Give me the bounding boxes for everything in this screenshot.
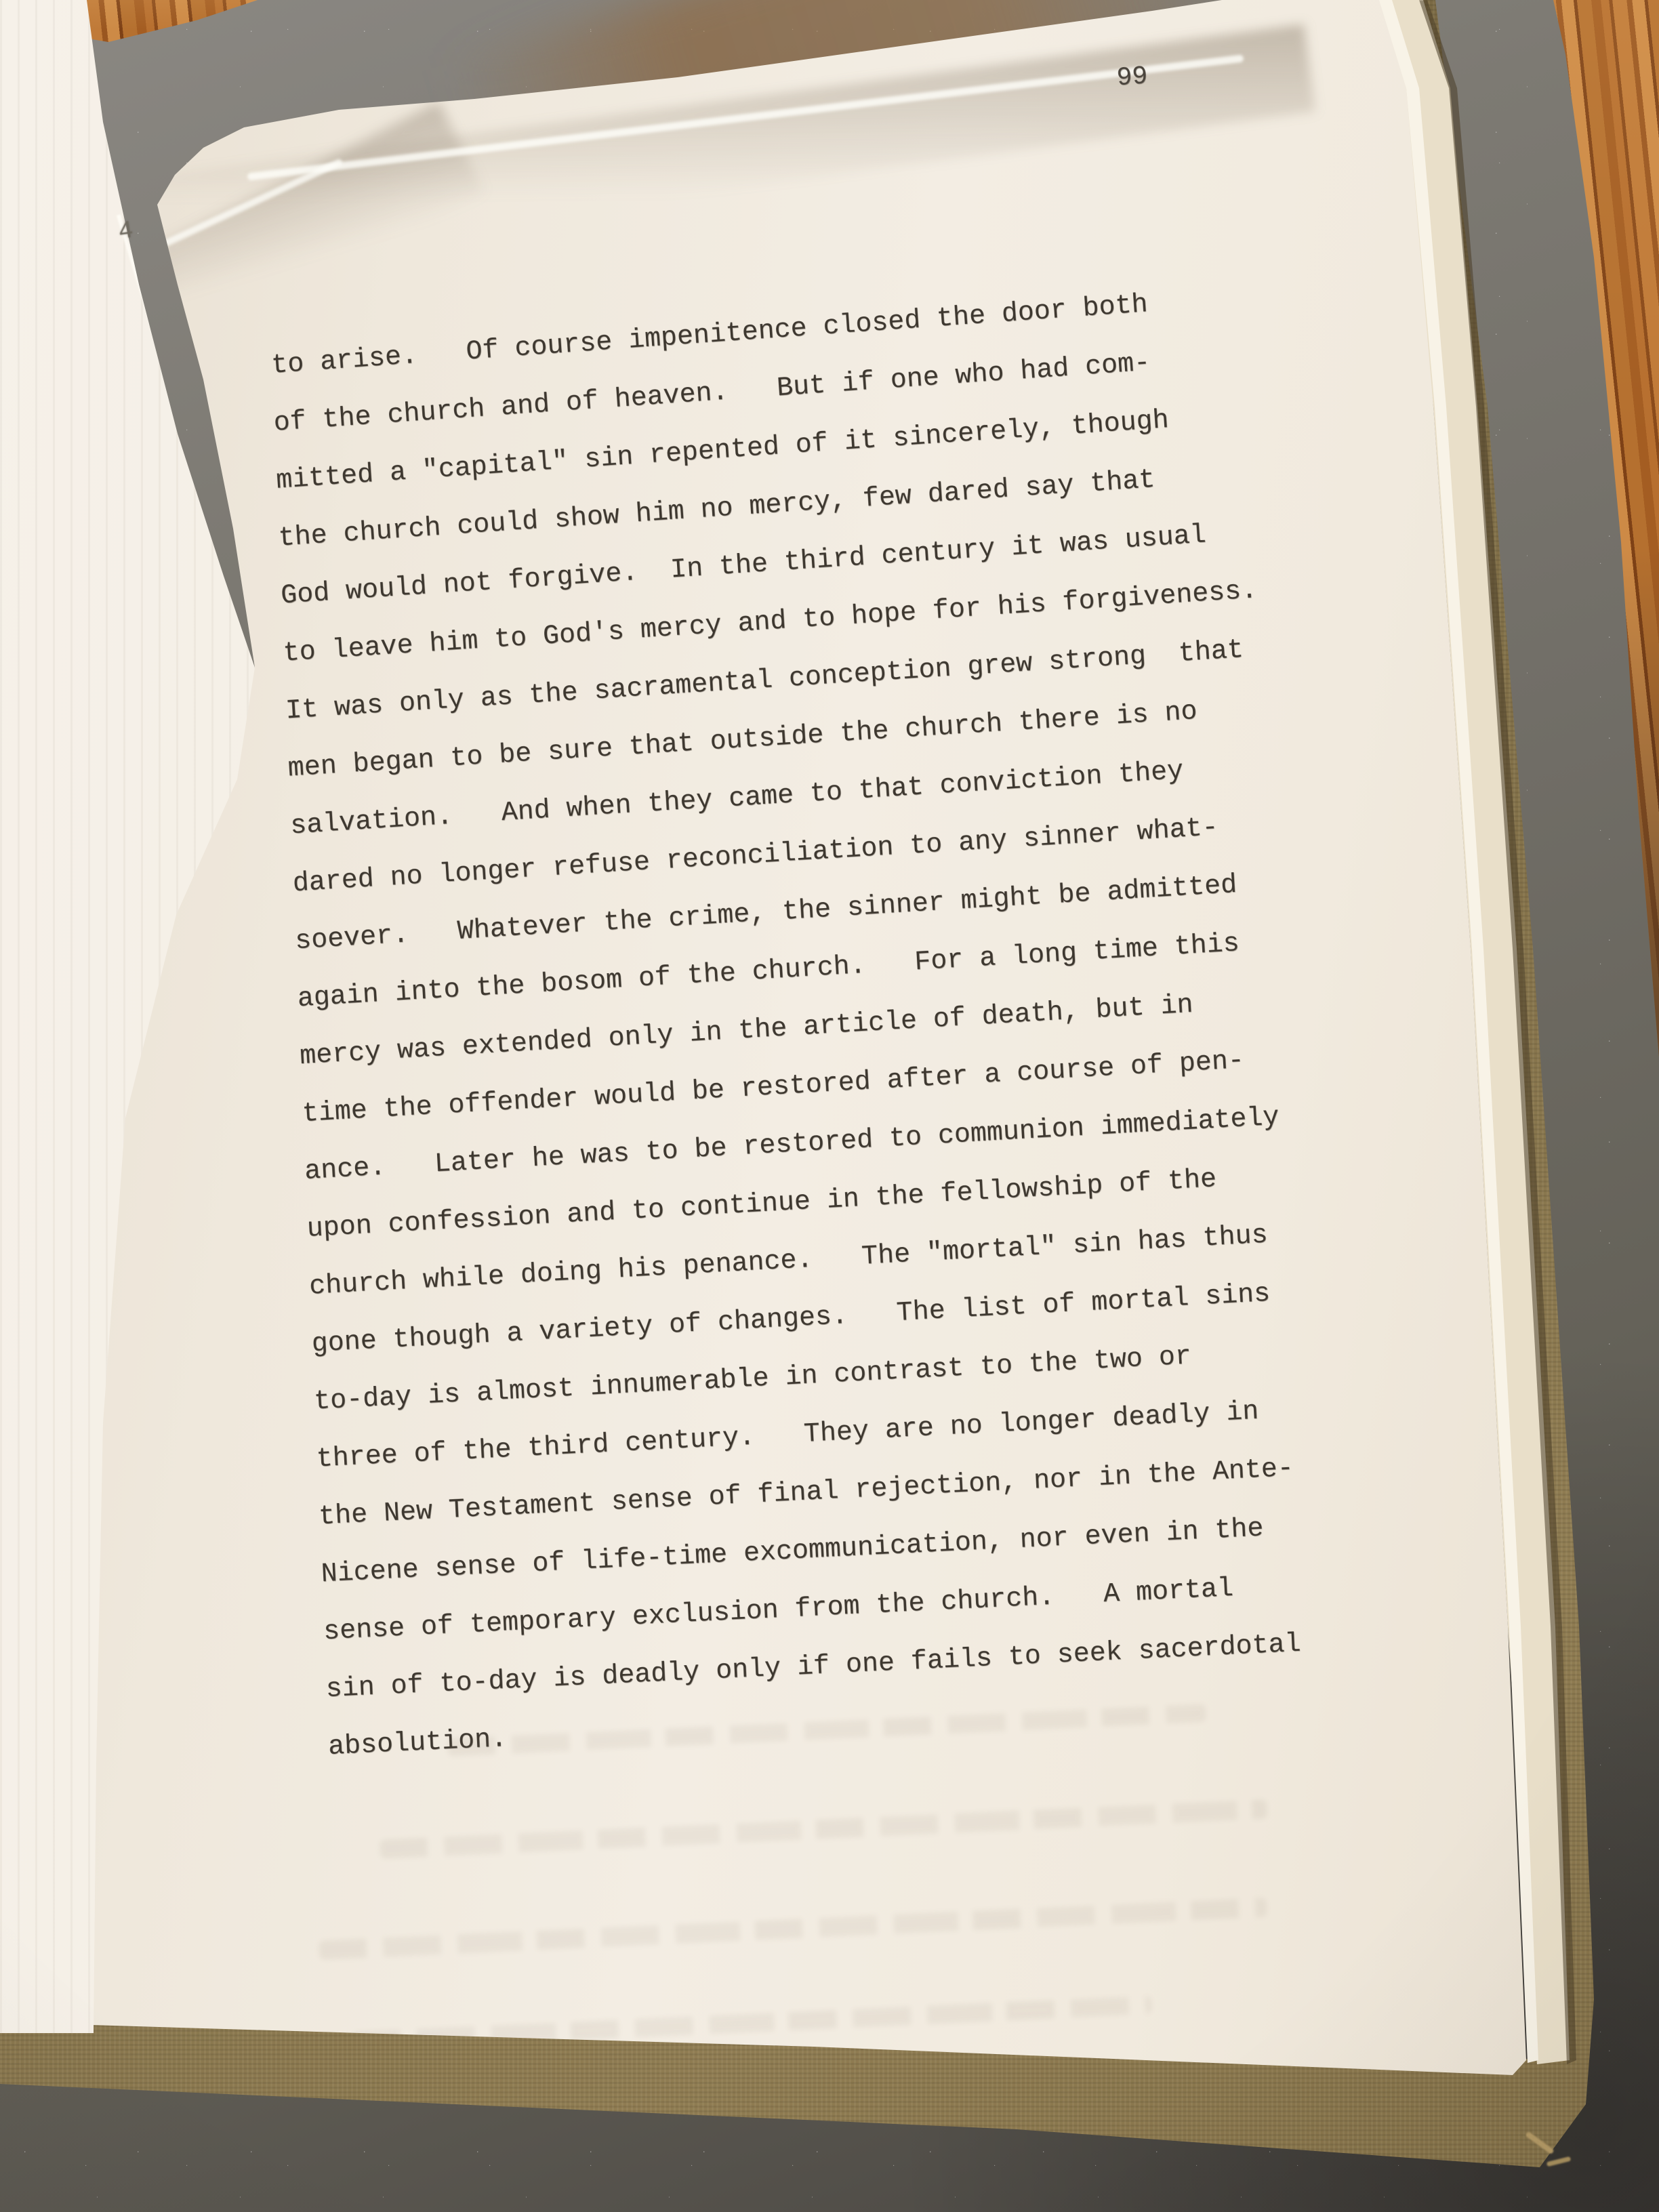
page-number: 99 (1115, 58, 1199, 98)
typed-text-block: to arise. Of course impenitence closed t… (270, 268, 1521, 1826)
photo-of-typed-manuscript: 99 to arise. Of course impenitence close… (0, 0, 1659, 2212)
typed-page: 99 to arise. Of course impenitence close… (0, 0, 1659, 2212)
bleed-through-text (319, 1898, 1267, 1959)
pencil-corner-mark: 4 (117, 213, 163, 259)
